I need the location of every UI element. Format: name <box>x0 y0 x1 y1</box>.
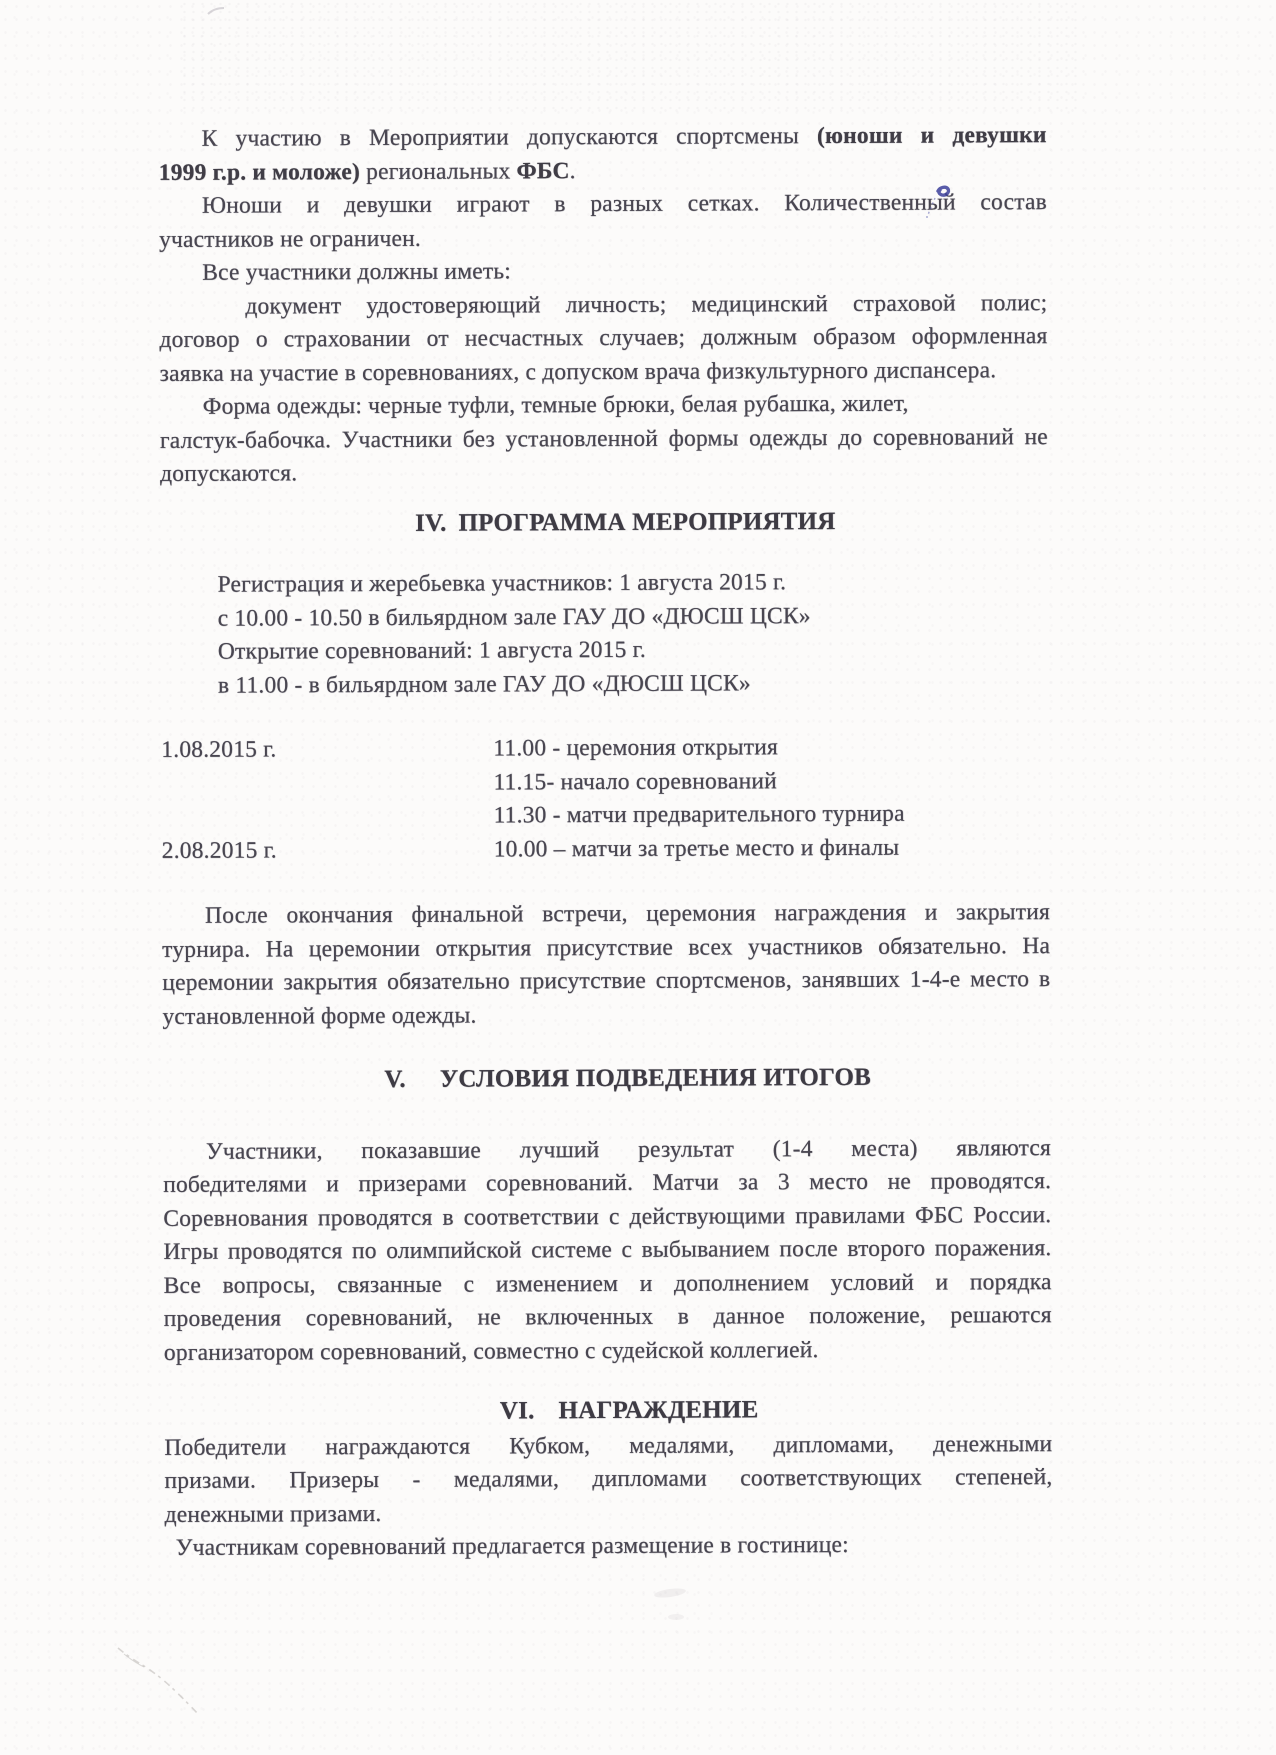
intro-paragraph-4-line-2: договор о страховании от несчастных случ… <box>159 320 1047 357</box>
program-line-1: Регистрация и жеребьевка участников: 1 а… <box>217 565 1048 602</box>
section-4-heading: IV.ПРОГРАММА МЕРОПРИЯТИЯ <box>160 504 1048 541</box>
intro-paragraph-5-line-3: допускаются. <box>160 454 1048 491</box>
schedule-event: 11.15- начало соревнований <box>493 764 1049 800</box>
section-5-number: V. <box>384 1066 406 1093</box>
section-5-line-2: победителями и призерами соревнований. М… <box>163 1165 1051 1202</box>
section-5-line-5: Все вопросы, связанные с изменением и до… <box>164 1266 1052 1303</box>
section-5-heading: V.УСЛОВИЯ ПОДВЕДЕНИЯ ИТОГОВ <box>163 1060 1051 1097</box>
closing-line-1: После окончания финальной встречи, церем… <box>162 896 1050 933</box>
program-line-3: Открытие соревнований: 1 августа 2015 г. <box>218 632 1049 669</box>
section-6-heading: VI.НАГРАЖДЕНИЕ <box>164 1392 1052 1429</box>
program-line-4: в 11.00 - в бильярдном зале ГАУ ДО «ДЮСШ… <box>218 666 1049 703</box>
section-6-title: НАГРАЖДЕНИЕ <box>558 1396 758 1424</box>
section-5-line-4: Игры проводятся по олимпийской системе с… <box>163 1232 1051 1269</box>
section-4-number: IV. <box>415 509 447 536</box>
program-line-2: с 10.00 - 10.50 в бильярдном зале ГАУ ДО… <box>218 599 1049 636</box>
text-run-bold: (юноши и девушки <box>817 122 1047 149</box>
section-5-line-3: Соревнования проводятся в соответствии с… <box>163 1199 1051 1236</box>
hotel-line: Участникам соревнований предлагается раз… <box>165 1528 1053 1565</box>
closing-line-4: установленной форме одежды. <box>162 997 1050 1034</box>
intro-paragraph-3: Все участники должны иметь: <box>159 253 1047 290</box>
section-4-closing-paragraph: После окончания финальной встречи, церем… <box>162 896 1051 1034</box>
intro-paragraph-4-line-3: заявка на участие в соревнованиях, с доп… <box>160 354 1048 391</box>
intro-paragraph-1-line-2: 1999 г.р. и моложе) региональных ФБС. <box>159 153 1047 190</box>
paper-crease <box>90 1610 250 1730</box>
text-run-bold: ФБС <box>516 158 569 184</box>
text-run: К участию в Мероприятии допускаются спор… <box>202 123 817 152</box>
schedule-events: 11.00 - церемония открытия 11.15- начало… <box>493 730 1049 833</box>
intro-paragraph-1-line-1: К участию в Мероприятии допускаются спор… <box>159 119 1047 156</box>
schedule-event: 11.30 - матчи предварительного турнира <box>493 797 1049 833</box>
section-5-line-1: Участники, показавшие лучший результат (… <box>163 1132 1051 1169</box>
section-6-line-1: Победители награждаются Кубком, медалями… <box>164 1428 1052 1465</box>
schedule-date: 1.08.2015 г. <box>161 732 493 767</box>
schedule-row-day-2: 2.08.2015 г. 10.00 – матчи за третье мес… <box>162 831 1050 868</box>
scan-smudge <box>630 1575 720 1645</box>
section-5-line-7: организатором соревнований, совместно с … <box>164 1333 1052 1370</box>
schedule: 1.08.2015 г. 11.00 - церемония открытия … <box>161 730 1050 868</box>
section-6-line-3: денежными призами. <box>165 1495 1053 1532</box>
section-6-body: Победители награждаются Кубком, медалями… <box>164 1428 1053 1566</box>
intro-paragraph-5-line-2: галстук-бабочка. Участники без установле… <box>160 421 1048 458</box>
scanned-document-page: К участию в Мероприятии допускаются спор… <box>0 0 1276 1755</box>
section-5-title: УСЛОВИЯ ПОДВЕДЕНИЯ ИТОГОВ <box>440 1064 871 1093</box>
section-6-line-2: призами. Призеры - медалями, дипломами с… <box>164 1461 1052 1498</box>
schedule-row-day-1: 1.08.2015 г. 11.00 - церемония открытия … <box>161 730 1049 834</box>
text-run-bold: 1999 г.р. и моложе) <box>159 159 360 186</box>
intro-paragraph-2-line-2: участников не ограничен. <box>159 220 1047 257</box>
schedule-date: 2.08.2015 г. <box>162 833 494 868</box>
program-block: Регистрация и жеребьевка участников: 1 а… <box>217 565 1049 703</box>
text-run: . <box>570 158 576 184</box>
text-run: региональных <box>360 158 517 185</box>
intro-paragraph-4-line-1: документ удостоверяющий личность; медици… <box>159 287 1047 324</box>
section-6-number: VI. <box>500 1397 535 1424</box>
schedule-events: 10.00 – матчи за третье место и финалы <box>494 831 1050 867</box>
schedule-event: 10.00 – матчи за третье место и финалы <box>494 831 1050 867</box>
section-4-title: ПРОГРАММА МЕРОПРИЯТИЯ <box>458 507 835 536</box>
section-5-body: Участники, показавшие лучший результат (… <box>163 1132 1052 1370</box>
closing-line-2: турнира. На церемонии открытия присутств… <box>162 930 1050 967</box>
closing-line-3: церемонии закрытия обязательно присутств… <box>162 963 1050 1000</box>
schedule-event: 11.00 - церемония открытия <box>493 730 1049 766</box>
document-content: К участию в Мероприятии допускаются спор… <box>158 0 1053 1565</box>
intro-paragraph-5-line-1: Форма одежды: черные туфли, темные брюки… <box>160 387 1048 424</box>
intro-paragraph-2-line-1: Юноши и девушки играют в разных сетках. … <box>159 186 1047 223</box>
section-5-line-6: проведения соревнований, не включенных в… <box>164 1299 1052 1336</box>
